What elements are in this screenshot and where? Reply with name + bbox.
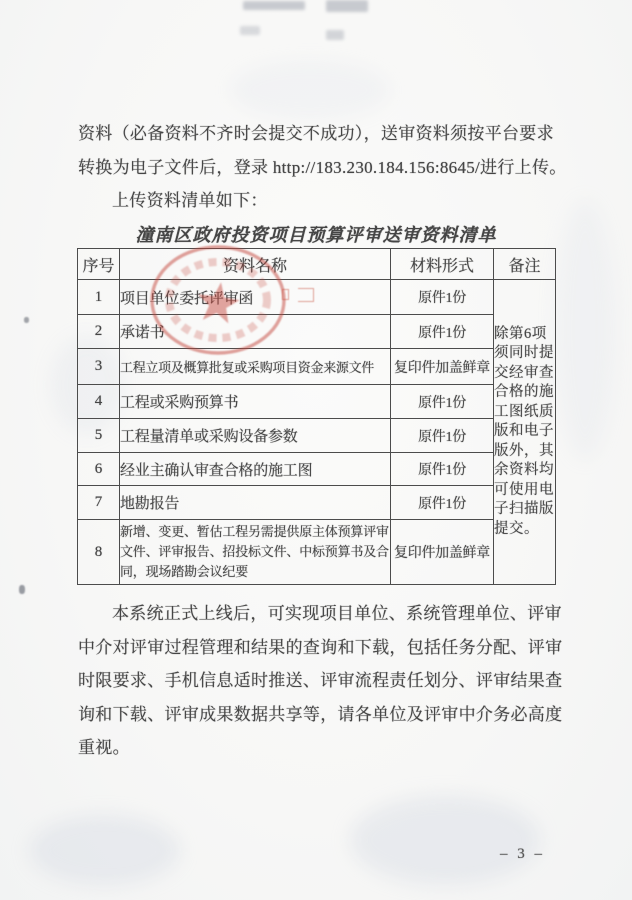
materials-checklist-table: 序号 资料名称 材料形式 备注 1 项目单位委托评审函 原件1份 除第6项须同时… [77, 248, 556, 585]
row-material-name: 新增、变更、暂估工程另需提供原主体预算评审文件、评审报告、招投标文件、中标预算书… [120, 520, 391, 585]
table-row: 4 工程或采购预算书 原件1份 [78, 385, 556, 419]
row-no: 2 [78, 315, 120, 349]
table-title: 潼南区政府投资项目预算评审送审资料清单 [77, 221, 555, 247]
table-row: 7 地勘报告 原件1份 [78, 486, 556, 520]
column-header-remark: 备注 [494, 249, 556, 280]
intro-paragraph: 资料（必备资料不齐时会提交不成功），送审资料须按平台要求 转换为电子文件后，登录… [78, 117, 562, 218]
row-material-name: 经业主确认审查合格的施工图 [120, 453, 391, 486]
row-material-name: 工程量清单或采购设备参数 [120, 419, 391, 453]
row-material-format: 原件1份 [391, 419, 494, 453]
table-row: 5 工程量清单或采购设备参数 原件1份 [78, 419, 556, 453]
bleedthrough-smudge [240, 26, 260, 35]
scanned-document-page: 资料（必备资料不齐时会提交不成功），送审资料须按平台要求 转换为电子文件后，登录… [0, 0, 632, 900]
paragraph-line: 时限要求、手机信息适时推送、评审流程责任划分、评审结果查 [78, 664, 562, 698]
row-material-format: 原件1份 [391, 315, 494, 349]
row-material-format: 原件1份 [391, 280, 494, 315]
bleedthrough-smudge [326, 0, 368, 12]
row-no: 6 [78, 453, 120, 486]
seal-ink-artifact [298, 288, 314, 302]
bleedthrough-smudge [326, 30, 344, 40]
row-no: 7 [78, 486, 120, 520]
row-no: 3 [78, 349, 120, 385]
row-material-name: 项目单位委托评审函 [120, 280, 391, 315]
remark-cell: 除第6项须同时提交经审查合格的施工图纸质版和电子版外，其余资料均可使用电子扫描版… [494, 280, 556, 585]
row-material-name: 工程立项及概算批复或采购项目资金来源文件 [120, 349, 391, 385]
bleedthrough-smudge [243, 1, 305, 10]
row-no: 5 [78, 419, 120, 453]
paragraph-line: 重视。 [78, 731, 562, 765]
row-no: 8 [78, 520, 120, 585]
table-row: 2 承诺书 原件1份 [78, 315, 556, 349]
row-material-name: 地勘报告 [120, 486, 391, 520]
scan-shadow-blob [350, 795, 540, 885]
scan-shadow-blob [555, 200, 615, 460]
row-no: 4 [78, 385, 120, 419]
page-number: – 3 – [500, 846, 545, 863]
paragraph-line: 资料（必备资料不齐时会提交不成功），送审资料须按平台要求 [78, 117, 562, 151]
paragraph-line: 本系统正式上线后，可实现项目单位、系统管理单位、评审 [78, 597, 562, 631]
scan-shadow-blob [230, 60, 390, 120]
row-no: 1 [78, 280, 120, 315]
seal-ink-artifact [282, 289, 289, 300]
table-row: 1 项目单位委托评审函 原件1份 除第6项须同时提交经审查合格的施工图纸质版和电… [78, 280, 556, 315]
table-row: 8 新增、变更、暂估工程另需提供原主体预算评审文件、评审报告、招投标文件、中标预… [78, 520, 556, 585]
row-material-format: 复印件加盖鲜章 [391, 520, 494, 585]
row-material-format: 原件1份 [391, 453, 494, 486]
paragraph-line: 中介对评审过程管理和结果的查询和下载，包括任务分配、评审 [78, 631, 562, 665]
row-material-format: 复印件加盖鲜章 [391, 349, 494, 385]
column-header-no: 序号 [78, 249, 120, 280]
margin-ink-speck [24, 317, 29, 323]
paragraph-line: 上传资料清单如下： [78, 184, 562, 218]
column-header-name: 资料名称 [120, 249, 391, 280]
paragraph-line: 转换为电子文件后，登录 http://183.230.184.156:8645/… [78, 151, 562, 185]
paragraph-line: 询和下载、评审成果数据共享等，请各单位及评审中介务必高度 [78, 698, 562, 732]
row-material-format: 原件1份 [391, 385, 494, 419]
row-material-name: 承诺书 [120, 315, 391, 349]
closing-paragraph: 本系统正式上线后，可实现项目单位、系统管理单位、评审 中介对评审过程管理和结果的… [78, 597, 562, 765]
row-material-name: 工程或采购预算书 [120, 385, 391, 419]
row-material-format: 原件1份 [391, 486, 494, 520]
table-row: 6 经业主确认审查合格的施工图 原件1份 [78, 453, 556, 486]
table-header-row: 序号 资料名称 材料形式 备注 [78, 249, 556, 280]
column-header-format: 材料形式 [391, 249, 494, 280]
scan-shadow-blob [30, 815, 180, 885]
margin-ink-speck [19, 585, 25, 594]
table-row: 3 工程立项及概算批复或采购项目资金来源文件 复印件加盖鲜章 [78, 349, 556, 385]
